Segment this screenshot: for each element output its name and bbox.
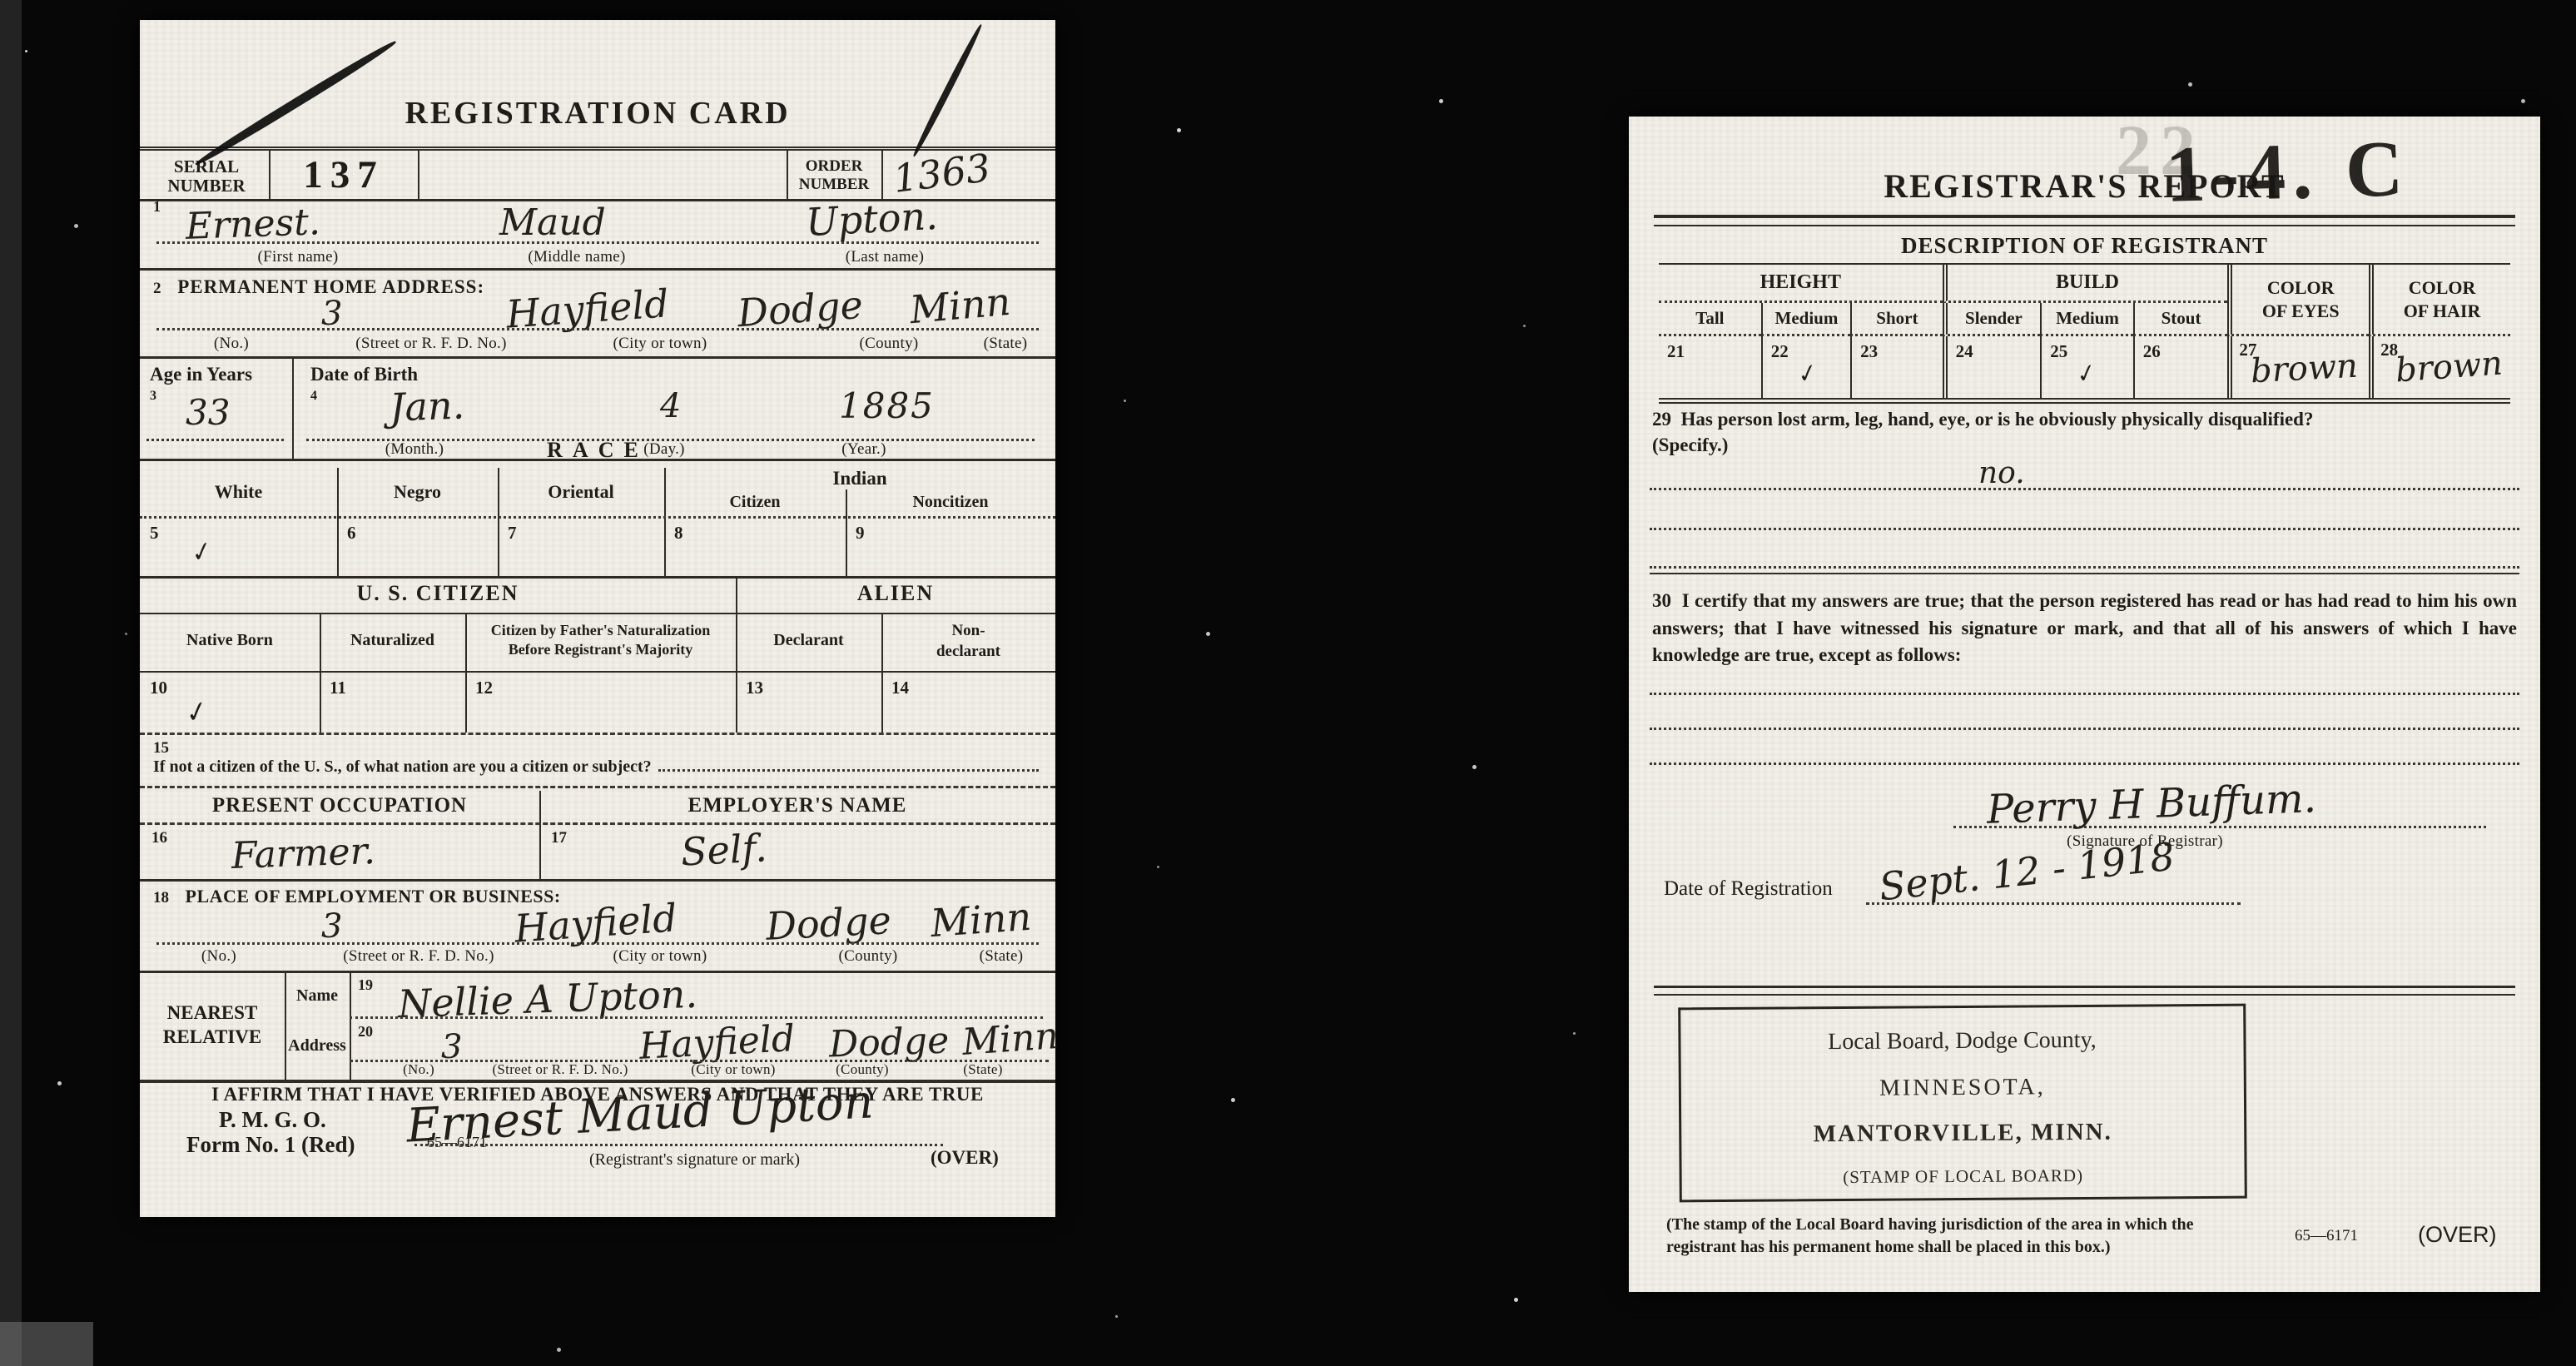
hair-cell: 28brown [2369, 336, 2510, 398]
relative-street-label: (Street or R. F. D. No.) [464, 1061, 656, 1078]
description-table: HEIGHT BUILD COLOR OF EYES COLOR OF HAIR… [1659, 263, 2510, 404]
citizen-box-14: 14 [891, 678, 909, 698]
registrar-signature: Perry H Buffum. [1986, 775, 2317, 833]
write-line [350, 1016, 1043, 1019]
q19-number: 19 [358, 976, 373, 994]
height-medium-label: Medium [1761, 303, 1850, 336]
employment-county-label: (County) [814, 947, 922, 966]
write-line [156, 328, 1039, 330]
stamp-box-line1: Local Board, Dodge County, [1680, 1026, 2243, 1057]
race-table: White Negro Oriental Indian Citizen Nonc… [140, 468, 1055, 579]
rule [1650, 573, 2519, 574]
citizen-box-12: 12 [475, 678, 493, 698]
race-white-checkmark: ✓ [190, 534, 215, 570]
double-rule [1654, 986, 2515, 996]
race-box-6: 6 [347, 523, 356, 544]
q30-certification: 30 I certify that my answers are true; t… [1652, 588, 2517, 669]
build-slender-cell: 24 [1943, 336, 2041, 398]
race-oriental-label: Oriental [498, 481, 664, 503]
write-line [658, 769, 1039, 772]
stamp-box-line2: MINNESOTA, [1681, 1073, 2244, 1104]
height-group-header: HEIGHT [1659, 265, 1943, 303]
relative-city-label: (City or town) [671, 1061, 796, 1078]
age-heading: Age in Years [150, 364, 252, 385]
scan-edge-artifact-left [0, 0, 22, 1366]
dob-day-value: 4 [660, 387, 681, 425]
dob-year-value: 1885 [839, 385, 935, 426]
rule [140, 786, 1055, 788]
citizen-number-row: 10 ✓ 11 12 13 14 [140, 671, 1055, 735]
eyes-value: brown [2250, 347, 2359, 391]
address-heading-row: 2 PERMANENT HOME ADDRESS: [153, 276, 484, 298]
print-code: 65—6171 [2295, 1227, 2358, 1245]
build-stout-cell: 26 [2133, 336, 2228, 398]
date-of-registration-label: Date of Registration [1664, 877, 1833, 901]
middle-name-label: (Middle name) [494, 248, 660, 266]
q17-number: 17 [551, 829, 567, 847]
height-short-cell: 23 [1850, 336, 1942, 398]
height-medium-checkmark: ✓ [1795, 356, 1819, 390]
last-name-value: Upton. [805, 193, 939, 245]
employment-heading: PLACE OF EMPLOYMENT OR BUSINESS: [186, 886, 561, 907]
write-line [156, 241, 1039, 244]
film-speckles [25, 50, 27, 52]
address-state-value: Minn [908, 279, 1012, 332]
divider [418, 151, 419, 199]
scan-edge-artifact-corner [0, 1322, 93, 1366]
pmgo-label: P. M. G. O. [219, 1107, 326, 1133]
relative-state-value: Minn [960, 1015, 1060, 1064]
pen-stroke [911, 23, 984, 158]
native-born-checkmark: ✓ [183, 693, 210, 731]
write-line [1650, 693, 2519, 695]
q15-row: If not a citizen of the U. S., of what n… [153, 758, 1039, 777]
alien-declarant-label: Declarant [736, 631, 881, 650]
build-slender-label: Slender [1943, 303, 2041, 336]
occupation-heading: PRESENT OCCUPATION [140, 794, 539, 817]
dob-month-value: Jan. [389, 382, 465, 430]
address-city-label: (City or town) [589, 335, 731, 353]
citizen-father-naturalization-label: Citizen by Father's Naturalization Befor… [465, 621, 736, 660]
race-box-7: 7 [508, 523, 517, 544]
order-number-label: ORDER NUMBER [791, 157, 877, 194]
race-box-9: 9 [856, 523, 865, 544]
stamp-box-label: (STAMP OF LOCAL BOARD) [1682, 1165, 2245, 1190]
rule [140, 268, 1055, 271]
color-of-eyes-header: COLOR OF EYES [2227, 265, 2369, 336]
relative-no-label: (No.) [385, 1061, 452, 1078]
divider [269, 151, 271, 199]
q15-number: 15 [153, 739, 169, 758]
race-indian-citizen-label: Citizen [664, 493, 846, 512]
relative-address-label: Address [285, 1036, 350, 1056]
registrant-signature-label: (Registrant's signature or mark) [589, 1150, 800, 1170]
citizen-box-11: 11 [330, 678, 346, 698]
build-medium-cell: 25✓ [2040, 336, 2133, 398]
registrar-report-back: REGISTRAR'S REPORT 22 1-4. C DESCRIPTION… [1629, 117, 2540, 1292]
occupation-value: Farmer. [231, 830, 375, 877]
employment-no-value: 3 [321, 907, 342, 946]
rule [140, 822, 1055, 825]
citizen-banner-row: U. S. CITIZEN ALIEN [140, 576, 1055, 614]
scanned-document-photo: REGISTRATION CARD SERIAL NUMBER 137 ORDE… [0, 0, 2576, 1366]
q29-answer: no. [1978, 456, 2025, 490]
double-rule [1654, 215, 2515, 226]
employment-city-label: (City or town) [589, 947, 731, 966]
over-label: (OVER) [931, 1147, 999, 1169]
q15-question: If not a citizen of the U. S., of what n… [153, 758, 652, 777]
write-line [1650, 728, 2519, 730]
address-state-label: (State) [960, 335, 1051, 353]
form-number-label: Form No. 1 (Red) [186, 1132, 355, 1158]
citizen-naturalized-label: Naturalized [320, 631, 465, 650]
eyes-cell: 27brown [2227, 336, 2369, 398]
height-medium-cell: 22✓ [1761, 336, 1850, 398]
color-of-hair-header: COLOR OF HAIR [2369, 265, 2510, 336]
employment-no-label: (No.) [173, 947, 265, 966]
dob-heading: Date of Birth [310, 364, 418, 385]
description-heading: DESCRIPTION OF REGISTRANT [1629, 233, 2540, 259]
stamp-box-note: (The stamp of the Local Board having jur… [1666, 1214, 2211, 1259]
alien-nondeclarant-label: Non- declarant [881, 621, 1055, 662]
race-indian-noncitizen-label: Noncitizen [846, 493, 1055, 512]
classification-stamp: 1-4. C [2165, 122, 2411, 221]
employment-state-label: (State) [955, 947, 1047, 966]
stamp-box-line3: MANTORVILLE, MINN. [1681, 1118, 2244, 1150]
order-number-value: 1363 [891, 145, 993, 201]
race-negro-label: Negro [337, 481, 498, 503]
middle-name-value: Maud [499, 201, 606, 244]
local-board-stamp-box: Local Board, Dodge County, MINNESOTA, MA… [1678, 1004, 2247, 1203]
employment-street-label: (Street or R. F. D. No.) [315, 947, 523, 966]
height-tall-cell: 21 [1659, 336, 1761, 398]
q18-number: 18 [153, 889, 169, 907]
divider [881, 671, 883, 733]
us-citizen-heading: U. S. CITIZEN [140, 581, 736, 606]
divider [465, 671, 467, 733]
address-county-label: (County) [831, 335, 947, 353]
q16-number: 16 [151, 829, 167, 847]
q2-number: 2 [153, 280, 161, 297]
employment-state-value: Minn [929, 894, 1033, 946]
over-label: (OVER) [2418, 1222, 2497, 1248]
nearest-relative-heading: NEAREST RELATIVE [140, 1001, 285, 1050]
race-box-8: 8 [674, 523, 683, 544]
hair-value: brown [2395, 345, 2504, 390]
registration-card-front: REGISTRATION CARD SERIAL NUMBER 137 ORDE… [140, 20, 1055, 1217]
serial-number-label: SERIAL NUMBER [148, 157, 265, 196]
relative-name-label: Name [285, 986, 350, 1006]
employment-county-value: Dodge [765, 897, 892, 949]
last-name-label: (Last name) [802, 248, 968, 266]
address-street-label: (Street or R. F. D. No.) [327, 335, 535, 353]
write-line [1650, 528, 2519, 530]
q1-number: 1 [153, 198, 161, 216]
employer-heading: EMPLOYER'S NAME [539, 794, 1055, 817]
race-box-5: 5 [150, 523, 159, 544]
q29-specify-label: (Specify.) [1652, 432, 2517, 458]
q4-number: 4 [310, 389, 317, 404]
divider [881, 151, 883, 199]
divider [320, 671, 321, 733]
write-line [156, 942, 1039, 945]
divider [787, 151, 788, 199]
build-medium-label: Medium [2040, 303, 2133, 336]
citizen-native-born-label: Native Born [140, 631, 320, 650]
write-line [1650, 488, 2519, 490]
age-value: 33 [186, 392, 230, 433]
divider [350, 973, 351, 1080]
build-stout-label: Stout [2133, 303, 2228, 336]
q3-number: 3 [150, 389, 156, 404]
height-short-label: Short [1850, 303, 1942, 336]
first-name-label: (First name) [215, 248, 381, 266]
citizen-header-row: Native Born Naturalized Citizen by Fathe… [140, 613, 1055, 673]
serial-number-value: 137 [273, 152, 414, 197]
race-white-label: White [140, 481, 337, 503]
alien-heading: ALIEN [736, 581, 1055, 606]
race-heading: RACE [140, 438, 1055, 463]
build-medium-checkmark: ✓ [2075, 356, 2098, 390]
relative-state-label: (State) [937, 1061, 1029, 1078]
race-indian-label: Indian [664, 468, 1055, 489]
write-line [1650, 762, 2519, 765]
citizen-box-13: 13 [746, 678, 763, 698]
build-group-header: BUILD [1943, 265, 2228, 303]
q20-number: 20 [358, 1023, 373, 1041]
divider [736, 671, 737, 733]
address-no-label: (No.) [186, 335, 277, 353]
employment-heading-row: 18 PLACE OF EMPLOYMENT OR BUSINESS: [153, 886, 561, 907]
citizen-box-10: 10 [150, 678, 167, 698]
occupation-section: PRESENT OCCUPATION EMPLOYER'S NAME 16 Fa… [140, 791, 1055, 882]
nearest-relative-section: NEAREST RELATIVE Name 19 Nellie A Upton.… [140, 971, 1055, 1083]
employer-value: Self. [680, 825, 768, 874]
write-line [1650, 566, 2519, 569]
rule [140, 516, 1055, 519]
write-line [1866, 902, 2241, 905]
height-tall-label: Tall [1659, 303, 1761, 336]
q29-question: 29 Has person lost arm, leg, hand, eye, … [1652, 406, 2517, 458]
